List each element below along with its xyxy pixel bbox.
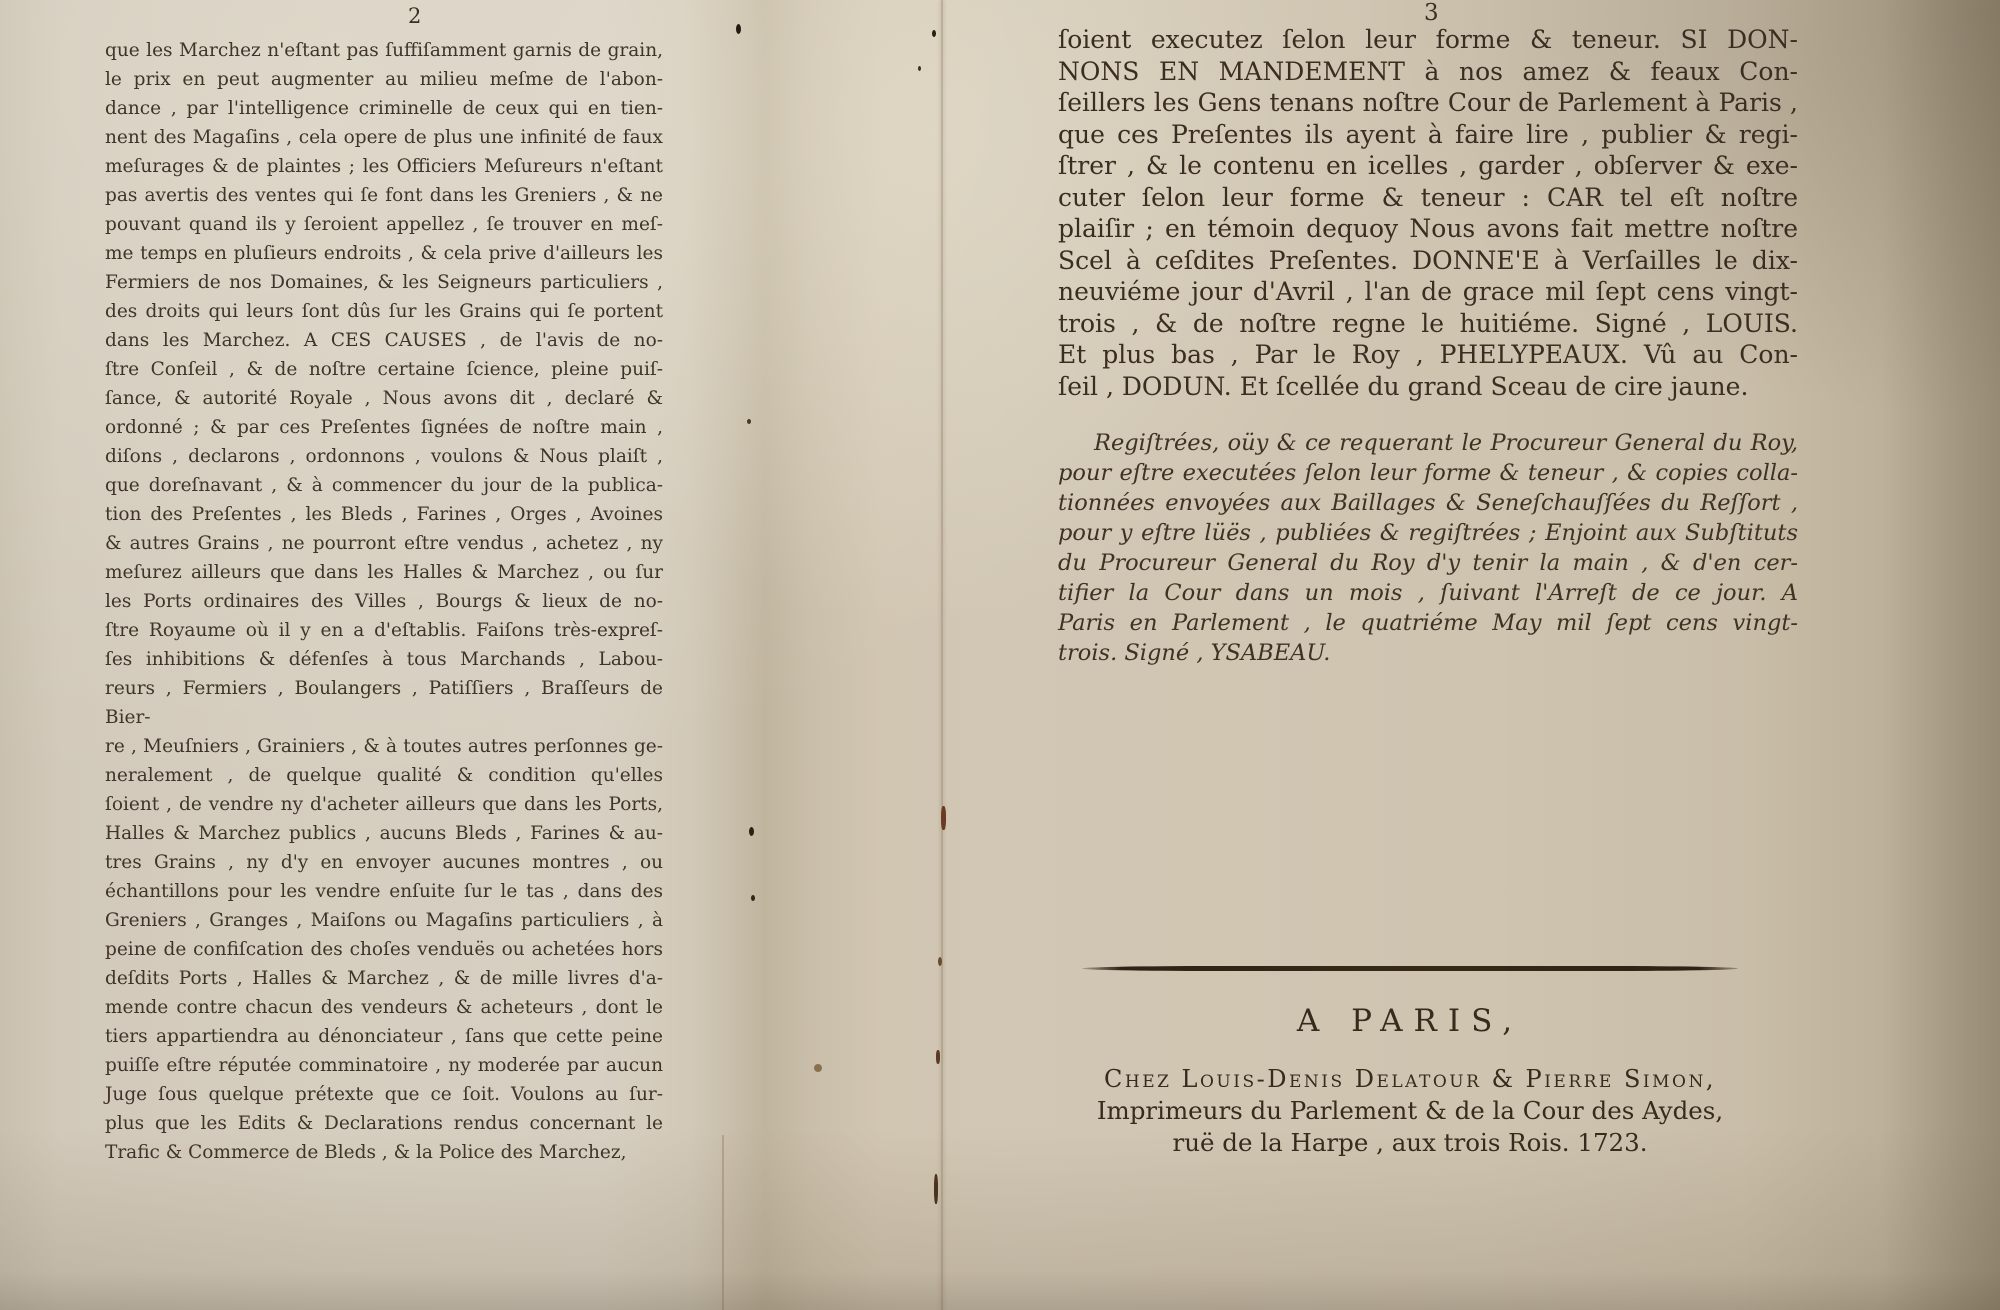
paper-stain: [814, 1064, 822, 1072]
book-spread: 2 que les Marchez n'eſtant pas ſuffiſamm…: [0, 0, 2000, 1310]
text-line: Fermiers de nos Domaines, & les Seigneur…: [105, 268, 663, 297]
undersheet-edge: [722, 1135, 724, 1310]
text-line: pouvant quand ils y ſeroient appellez , …: [105, 210, 663, 239]
imprint-address: ruë de la Harpe , aux trois Rois. 1723.: [1060, 1128, 1760, 1157]
text-line: tionnées envoyées aux Baillages & Seneſc…: [1058, 488, 1798, 518]
text-line: plus que les Edits & Declarations rendus…: [105, 1109, 663, 1138]
text-line: puiſſe eſtre réputée comminatoire , ny m…: [105, 1051, 663, 1080]
binding-stain: [938, 957, 942, 966]
imprint-block: A PARIS, Chez Louis-Denis Delatour & Pie…: [1060, 966, 1760, 1157]
text-line: du Procureur General du Roy d'y tenir la…: [1058, 548, 1798, 578]
text-line: ſtrer , & le contenu en icelles , garder…: [1058, 150, 1798, 182]
text-line: dance , par l'intelligence criminelle de…: [105, 94, 663, 123]
page-fold-edge: [941, 0, 943, 1310]
text-line: ſtre Royaume où il y en a d'eſtablis. Fa…: [105, 616, 663, 645]
text-line: & autres Grains , ne pourront eſtre vend…: [105, 529, 663, 558]
text-line: des droits qui leurs ſont dûs ſur les Gr…: [105, 297, 663, 326]
binding-stain: [934, 1174, 938, 1204]
text-line: Et plus bas , Par le Roy , PHELYPEAUX. V…: [1058, 339, 1798, 371]
imprint-publisher: Chez Louis-Denis Delatour & Pierre Simon…: [1060, 1065, 1760, 1093]
text-line: pour y eſtre lüës , publiées & regiſtrée…: [1058, 518, 1798, 548]
text-line: Paris en Parlement , le quatriéme May mi…: [1058, 608, 1798, 638]
text-line: deſdits Ports , Halles & Marchez , & de …: [105, 964, 663, 993]
ink-speck: [751, 895, 755, 901]
binding-stain: [936, 1050, 940, 1064]
text-line: ſtre Conſeil , & de noſtre certaine ſcie…: [105, 355, 663, 384]
text-line: pour eſtre executées ſelon leur forme & …: [1058, 458, 1798, 488]
text-line: mende contre chacun des vendeurs & achet…: [105, 993, 663, 1022]
text-line: Juge ſous quelque prétexte que ce ſoit. …: [105, 1080, 663, 1109]
text-line: tiers appartiendra au dénonciateur , ſan…: [105, 1022, 663, 1051]
text-line: Trafic & Commerce de Bleds , & la Police…: [105, 1138, 663, 1167]
text-line: dans les Marchez. A CES CAUSES , de l'av…: [105, 326, 663, 355]
text-line: échantillons pour les vendre enſuite ſur…: [105, 877, 663, 906]
text-line: trois. Signé , YSABEAU.: [1058, 638, 1798, 668]
left-page-body-text: que les Marchez n'eſtant pas ſuffiſammen…: [105, 36, 663, 1167]
text-line: tres Grains , ny d'y en envoyer aucunes …: [105, 848, 663, 877]
text-line: ſoient executez ſelon leur forme & teneu…: [1058, 24, 1798, 56]
ink-speck: [749, 827, 754, 836]
text-line: me temps en pluſieurs endroits , & cela …: [105, 239, 663, 268]
right-page-body-text: ſoient executez ſelon leur forme & teneu…: [1058, 24, 1798, 402]
ink-speck: [918, 66, 921, 71]
text-line: NONS EN MANDEMENT à nos amez & feaux Con…: [1058, 56, 1798, 88]
text-line: cuter ſelon leur forme & teneur : CAR te…: [1058, 182, 1798, 214]
text-line: diſons , declarons , ordonnons , voulons…: [105, 442, 663, 471]
binding-stain: [941, 806, 946, 830]
imprint-rule: [1082, 966, 1738, 971]
text-line: nent des Magaſins , cela opere de plus u…: [105, 123, 663, 152]
text-line: les Ports ordinaires des Villes , Bourgs…: [105, 587, 663, 616]
text-line: trois , & de noſtre regne le huitiéme. S…: [1058, 308, 1798, 340]
imprint-place: A PARIS,: [1060, 1003, 1760, 1039]
text-line: Greniers , Granges , Maiſons ou Magaſins…: [105, 906, 663, 935]
text-line: reurs , Fermiers , Boulangers , Patiſſie…: [105, 674, 663, 732]
ink-speck: [736, 24, 741, 34]
text-line: ſeil , DODUN. Et ſcellée du grand Sceau …: [1058, 371, 1798, 403]
text-line: que doreſnavant , & à commencer du jour …: [105, 471, 663, 500]
text-line: ſoient , de vendre ny d'acheter ailleurs…: [105, 790, 663, 819]
text-line: Halles & Marchez publics , aucuns Bleds …: [105, 819, 663, 848]
text-line: ſeillers les Gens tenans noſtre Cour de …: [1058, 87, 1798, 119]
page-number-right: 3: [1424, 0, 1439, 26]
text-line: re , Meuſniers , Grainiers , & à toutes …: [105, 732, 663, 761]
text-line: ſance, & autorité Royale , Nous avons di…: [105, 384, 663, 413]
text-line: Regiſtrées, oüy & ce requerant le Procur…: [1058, 428, 1798, 458]
registration-note-text: Regiſtrées, oüy & ce requerant le Procur…: [1058, 428, 1798, 668]
text-line: ordonné ; & par ces Preſentes ſignées de…: [105, 413, 663, 442]
text-line: meſurages & de plaintes ; les Officiers …: [105, 152, 663, 181]
text-line: Scel à ceſdites Preſentes. DONNE'E à Ver…: [1058, 245, 1798, 277]
text-line: le prix en peut augmenter au milieu meſm…: [105, 65, 663, 94]
ink-speck: [747, 419, 751, 424]
text-line: ſes inhibitions & défenſes à tous Marcha…: [105, 645, 663, 674]
text-line: meſurez ailleurs que dans les Halles & M…: [105, 558, 663, 587]
text-line: pas avertis des ventes qui ſe font dans …: [105, 181, 663, 210]
text-line: peine de confiſcation des choſes venduës…: [105, 935, 663, 964]
text-line: que les Marchez n'eſtant pas ſuffiſammen…: [105, 36, 663, 65]
text-line: neuviéme jour d'Avril , l'an de grace mi…: [1058, 276, 1798, 308]
text-line: neralement , de quelque qualité & condit…: [105, 761, 663, 790]
text-line: plaiſir ; en témoin dequoy Nous avons fa…: [1058, 213, 1798, 245]
text-line: tifier la Cour dans un mois , ſuivant l'…: [1058, 578, 1798, 608]
imprint-role: Imprimeurs du Parlement & de la Cour des…: [1060, 1096, 1760, 1125]
page-number-left: 2: [408, 4, 421, 28]
text-line: que ces Preſentes ils ayent à faire lire…: [1058, 119, 1798, 151]
text-line: tion des Preſentes , les Bleds , Farines…: [105, 500, 663, 529]
ink-speck: [932, 30, 936, 37]
